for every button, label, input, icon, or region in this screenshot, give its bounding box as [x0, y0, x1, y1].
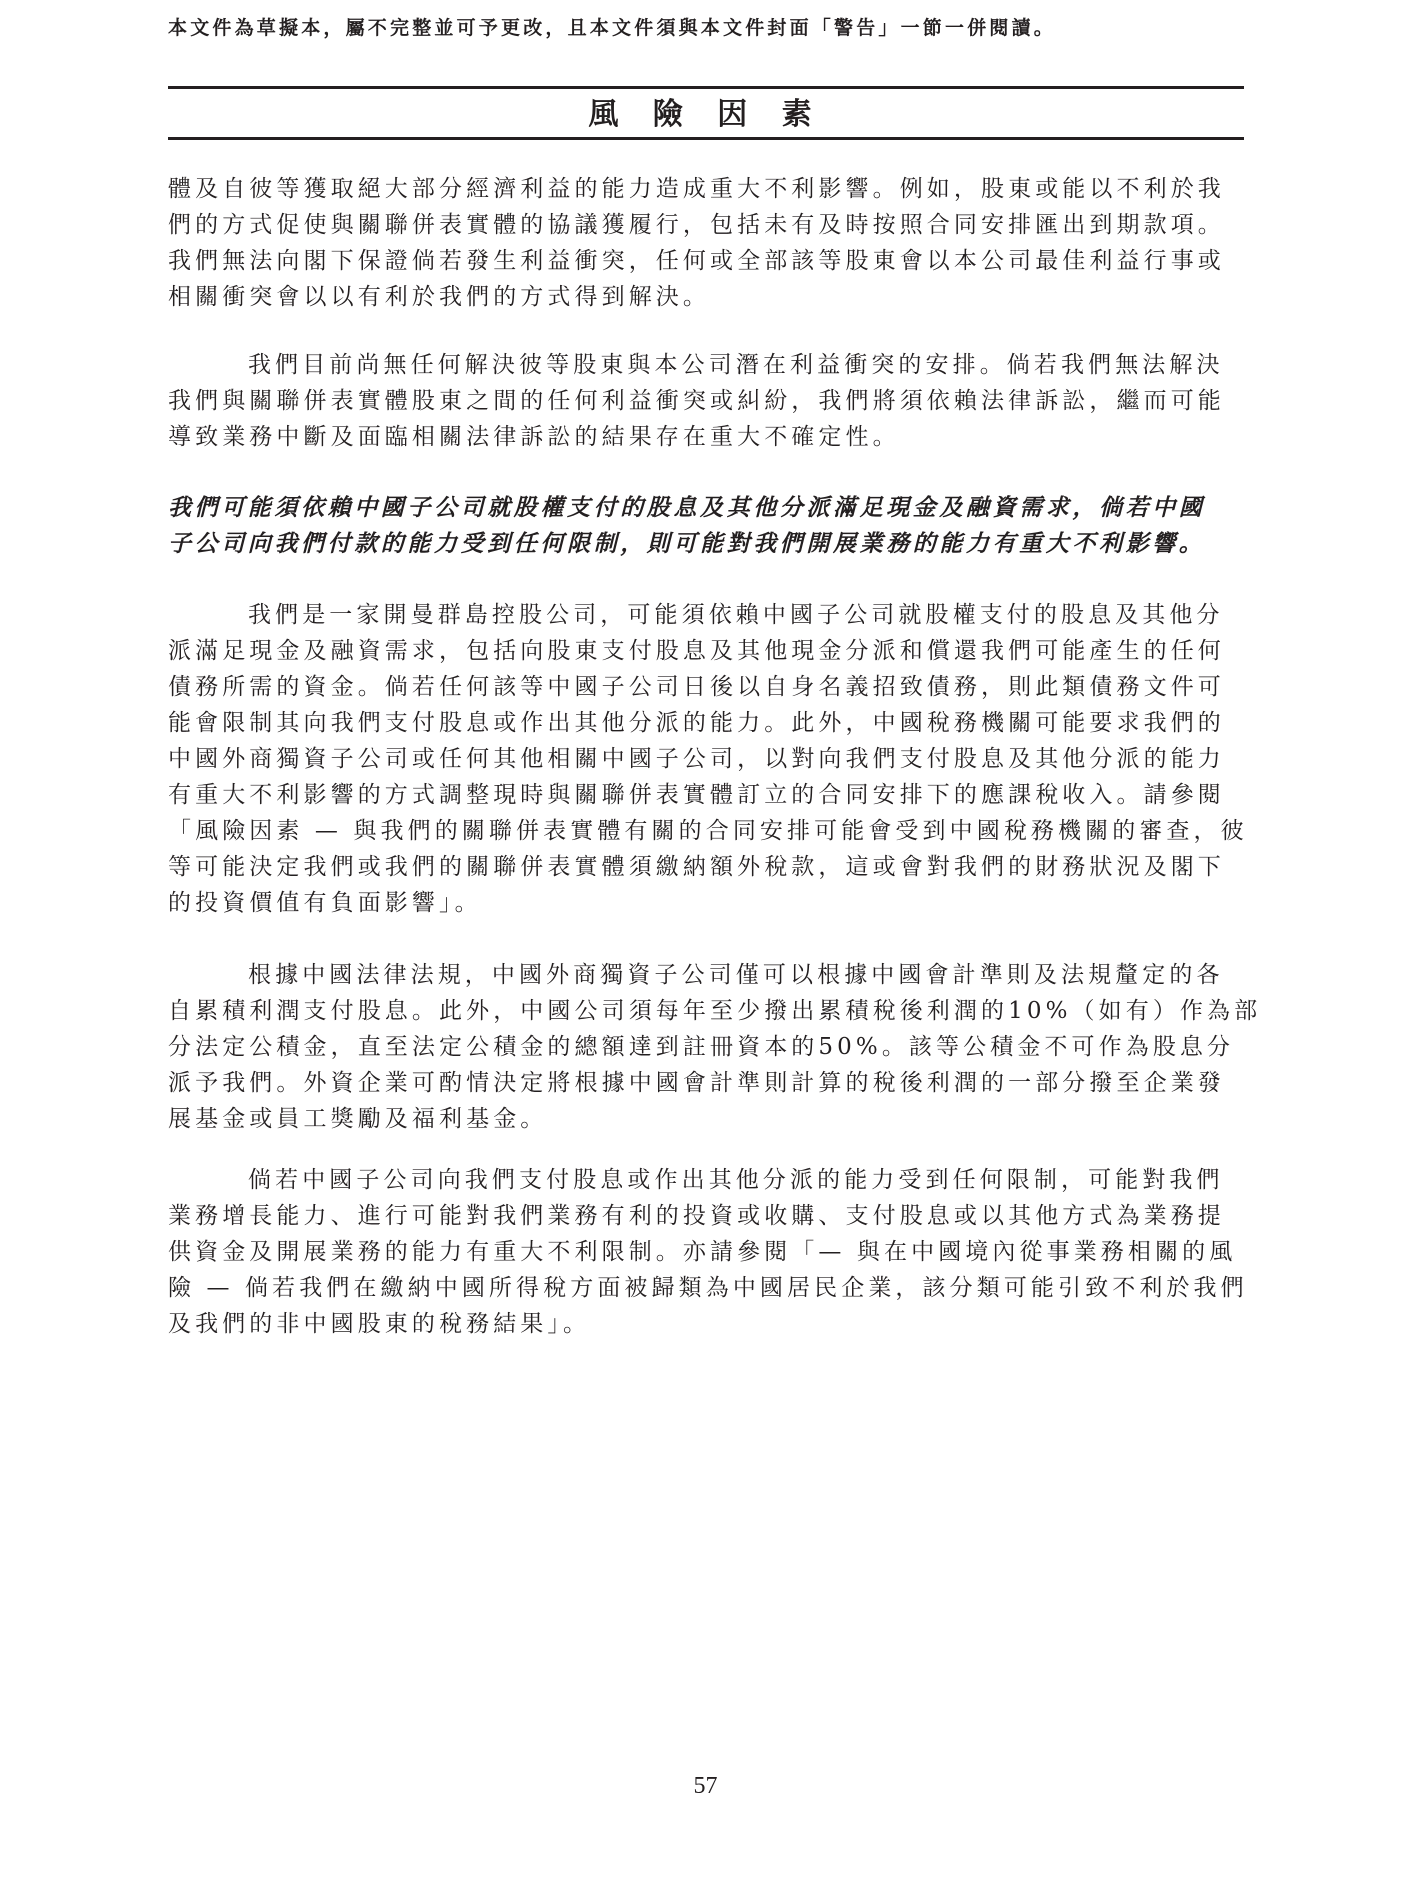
- risk-heading: 我們可能須依賴中國子公司就股權支付的股息及其他分派滿足現金及融資需求，倘若中國 …: [168, 490, 1244, 562]
- text-line: 派滿足現金及融資需求，包括向股東支付股息及其他現金分派和償還我們可能產生的任何: [168, 633, 1244, 669]
- section-title: 風 險 因 素: [168, 95, 1244, 135]
- text-line: 展基金或員工獎勵及福利基金。: [168, 1101, 1244, 1137]
- text-line: 導致業務中斷及面臨相關法律訴訟的結果存在重大不確定性。: [168, 419, 1244, 455]
- text-line: 中國外商獨資子公司或任何其他相關中國子公司，以對向我們支付股息及其他分派的能力: [168, 741, 1244, 777]
- text-line: 險 — 倘若我們在繳納中國所得稅方面被歸類為中國居民企業，該分類可能引致不利於我…: [168, 1270, 1244, 1306]
- text-line: 分法定公積金，直至法定公積金的總額達到註冊資本的50%。該等公積金不可作為股息分: [168, 1029, 1244, 1065]
- text-line: 有重大不利影響的方式調整現時與關聯併表實體訂立的合同安排下的應課稅收入。請參閱: [168, 777, 1244, 813]
- title-rule-top: [168, 86, 1244, 89]
- text-line: 體及自彼等獲取絕大部分經濟利益的能力造成重大不利影響。例如，股東或能以不利於我: [168, 171, 1244, 207]
- text-line: 倘若中國子公司向我們支付股息或作出其他分派的能力受到任何限制，可能對我們: [168, 1162, 1244, 1198]
- paragraph-continuation: 體及自彼等獲取絕大部分經濟利益的能力造成重大不利影響。例如，股東或能以不利於我 …: [168, 171, 1244, 315]
- text-line: 及我們的非中國股東的稅務結果」。: [168, 1306, 1244, 1342]
- text-line: 業務增長能力、進行可能對我們業務有利的投資或收購、支付股息或以其他方式為業務提: [168, 1198, 1244, 1234]
- text-line: 我們目前尚無任何解決彼等股東與本公司潛在利益衝突的安排。倘若我們無法解決: [168, 347, 1244, 383]
- text-line: 能會限制其向我們支付股息或作出其他分派的能力。此外，中國稅務機關可能要求我們的: [168, 705, 1244, 741]
- text-line: 相關衝突會以以有利於我們的方式得到解決。: [168, 279, 1244, 315]
- paragraph-restrictions: 倘若中國子公司向我們支付股息或作出其他分派的能力受到任何限制，可能對我們 業務增…: [168, 1162, 1244, 1342]
- text-line: 派予我們。外資企業可酌情決定將根據中國會計準則計算的稅後利潤的一部分撥至企業發: [168, 1065, 1244, 1101]
- paragraph-holding-company: 我們是一家開曼群島控股公司，可能須依賴中國子公司就股權支付的股息及其他分 派滿足…: [168, 597, 1244, 921]
- text-line: 根據中國法律法規，中國外商獨資子公司僅可以根據中國會計準則及法規釐定的各: [168, 957, 1244, 993]
- text-line: 我們是一家開曼群島控股公司，可能須依賴中國子公司就股權支付的股息及其他分: [168, 597, 1244, 633]
- paragraph-conflict-arrangement: 我們目前尚無任何解決彼等股東與本公司潛在利益衝突的安排。倘若我們無法解決 我們與…: [168, 347, 1244, 455]
- text-line: 們的方式促使與關聯併表實體的協議獲履行，包括未有及時按照合同安排匯出到期款項。: [168, 207, 1244, 243]
- text-line: 我們與關聯併表實體股東之間的任何利益衝突或糾紛，我們將須依賴法律訴訟，繼而可能: [168, 383, 1244, 419]
- text-line: 自累積利潤支付股息。此外，中國公司須每年至少撥出累積稅後利潤的10%（如有）作為…: [168, 993, 1244, 1029]
- heading-line: 子公司向我們付款的能力受到任何限制，則可能對我們開展業務的能力有重大不利影響。: [168, 526, 1244, 562]
- text-line: 「風險因素 — 與我們的關聯併表實體有關的合同安排可能會受到中國稅務機關的審查，…: [168, 813, 1244, 849]
- text-line: 供資金及開展業務的能力有重大不利限制。亦請參閱「— 與在中國境內從事業務相關的風: [168, 1234, 1244, 1270]
- heading-line: 我們可能須依賴中國子公司就股權支付的股息及其他分派滿足現金及融資需求，倘若中國: [168, 490, 1244, 526]
- draft-notice: 本文件為草擬本，屬不完整並可予更改，且本文件須與本文件封面「警告」一節一併閱讀。: [168, 14, 1268, 42]
- text-line: 的投資價值有負面影響」。: [168, 885, 1244, 921]
- text-line: 我們無法向閣下保證倘若發生利益衝突，任何或全部該等股東會以本公司最佳利益行事或: [168, 243, 1244, 279]
- text-line: 等可能決定我們或我們的關聯併表實體須繳納額外稅款，這或會對我們的財務狀況及閣下: [168, 849, 1244, 885]
- title-rule-bottom: [168, 137, 1244, 140]
- paragraph-prc-laws: 根據中國法律法規，中國外商獨資子公司僅可以根據中國會計準則及法規釐定的各 自累積…: [168, 957, 1244, 1137]
- page-number: 57: [0, 1773, 1411, 1800]
- text-line: 債務所需的資金。倘若任何該等中國子公司日後以自身名義招致債務，則此類債務文件可: [168, 669, 1244, 705]
